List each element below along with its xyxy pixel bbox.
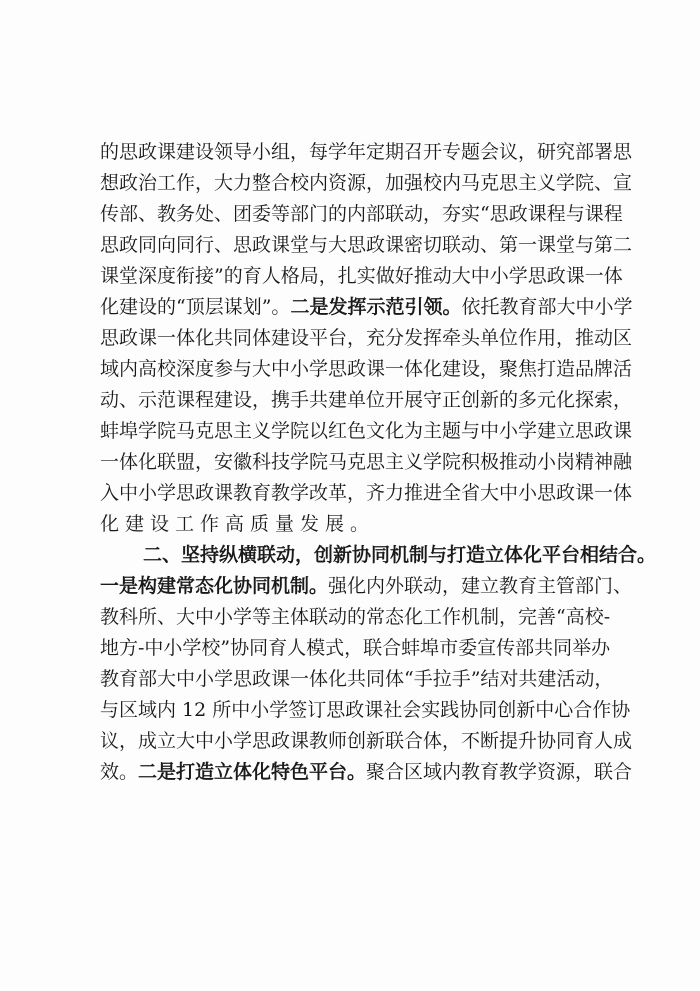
text-segment: 地方-中小学校”协同育人模式，联合蚌埠市委宣传部共同举办: [100, 637, 610, 659]
text-segment: 教科所、大中小学等主体联动的常态化工作机制，完善“高校-: [100, 606, 610, 628]
text-segment: 强化内外联动，建立教育主管部门、: [328, 575, 632, 597]
bold-phrase: 二是发挥示范引领。: [290, 296, 461, 318]
text-line: 议，成立大中小学思政课教师创新联合体，不断提升协同育人成: [100, 726, 601, 757]
text-line: 动、示范课程建设，携手共建单位开展守正创新的多元化探索，: [100, 385, 601, 416]
text-segment: 动、示范课程建设，携手共建单位开展守正创新的多元化探索，: [100, 389, 632, 411]
text-line: 课堂深度衔接”的育人格局，扎实做好推动大中小学思政课一体: [100, 261, 601, 292]
section-heading: 二、坚持纵横联动，创新协同机制与打造立体化平台相结合。: [143, 540, 601, 571]
text-segment: 的思政课建设领导小组，每学年定期召开专题会议，研究部署思: [100, 141, 632, 163]
text-segment: 化建设工作高质量发展。: [100, 513, 375, 535]
text-segment: 化建设的“顶层谋划”。: [100, 296, 290, 318]
text-line: 的思政课建设领导小组，每学年定期召开专题会议，研究部署思: [100, 137, 601, 168]
text-segment: 域内高校深度参与大中小学思政课一体化建设，聚焦打造品牌活: [100, 358, 632, 380]
text-line: 想政治工作，大力整合校内资源，加强校内马克思主义学院、宣: [100, 168, 601, 199]
text-segment: 与区域内 12 所中小学签订思政课社会实践协同创新中心合作协: [100, 699, 630, 721]
text-line: 与区域内 12 所中小学签订思政课社会实践协同创新中心合作协: [100, 695, 601, 726]
bold-phrase: 二是打造立体化特色平台。: [138, 761, 366, 783]
text-segment: 依托教育部大中小学: [461, 296, 632, 318]
text-line: 传部、教务处、团委等部门的内部联动，夯实“思政课程与课程: [100, 199, 601, 230]
text-line: 化建设工作高质量发展。: [100, 509, 601, 540]
text-line: 地方-中小学校”协同育人模式，联合蚌埠市委宣传部共同举办: [100, 633, 601, 664]
text-segment: 效。: [100, 761, 138, 783]
text-segment: 蚌埠学院马克思主义学院以红色文化为主题与中小学建立思政课: [100, 420, 632, 442]
text-segment: 聚合区域内教育教学资源，联合: [366, 761, 632, 783]
text-line: 蚌埠学院马克思主义学院以红色文化为主题与中小学建立思政课: [100, 416, 601, 447]
text-segment: 想政治工作，大力整合校内资源，加强校内马克思主义学院、宣: [100, 172, 632, 194]
document-page: 的思政课建设领导小组，每学年定期召开专题会议，研究部署思想政治工作，大力整合校内…: [0, 0, 700, 991]
text-line: 域内高校深度参与大中小学思政课一体化建设，聚焦打造品牌活: [100, 354, 601, 385]
text-line: 思政课一体化共同体建设平台，充分发挥牵头单位作用，推动区: [100, 323, 601, 354]
text-line: 效。二是打造立体化特色平台。聚合区域内教育教学资源，联合: [100, 757, 601, 788]
text-line: 一是构建常态化协同机制。强化内外联动，建立教育主管部门、: [100, 571, 601, 602]
text-segment: 教育部大中小学思政课一体化共同体“手拉手”结对共建活动，: [100, 668, 613, 690]
text-line: 入中小学思政课教育教学改革，齐力推进全省大中小思政课一体: [100, 478, 601, 509]
bold-phrase: 一是构建常态化协同机制。: [100, 575, 328, 597]
text-line: 教科所、大中小学等主体联动的常态化工作机制，完善“高校-: [100, 602, 601, 633]
text-segment: 传部、教务处、团委等部门的内部联动，夯实“思政课程与课程: [100, 203, 623, 225]
bold-phrase: 二、坚持纵横联动，创新协同机制与打造立体化平台相结合。: [143, 544, 656, 566]
text-segment: 入中小学思政课教育教学改革，齐力推进全省大中小思政课一体: [100, 482, 632, 504]
text-segment: 一体化联盟，安徽科技学院马克思主义学院积极推动小岗精神融: [100, 451, 632, 473]
text-segment: 思政同向同行、思政课堂与大思政课密切联动、第一课堂与第二: [100, 234, 632, 256]
text-segment: 议，成立大中小学思政课教师创新联合体，不断提升协同育人成: [100, 730, 632, 752]
text-line: 思政同向同行、思政课堂与大思政课密切联动、第一课堂与第二: [100, 230, 601, 261]
text-line: 教育部大中小学思政课一体化共同体“手拉手”结对共建活动，: [100, 664, 601, 695]
text-line: 化建设的“顶层谋划”。二是发挥示范引领。依托教育部大中小学: [100, 292, 601, 323]
text-segment: 课堂深度衔接”的育人格局，扎实做好推动大中小学思政课一体: [100, 265, 623, 287]
text-segment: 思政课一体化共同体建设平台，充分发挥牵头单位作用，推动区: [100, 327, 632, 349]
text-line: 一体化联盟，安徽科技学院马克思主义学院积极推动小岗精神融: [100, 447, 601, 478]
